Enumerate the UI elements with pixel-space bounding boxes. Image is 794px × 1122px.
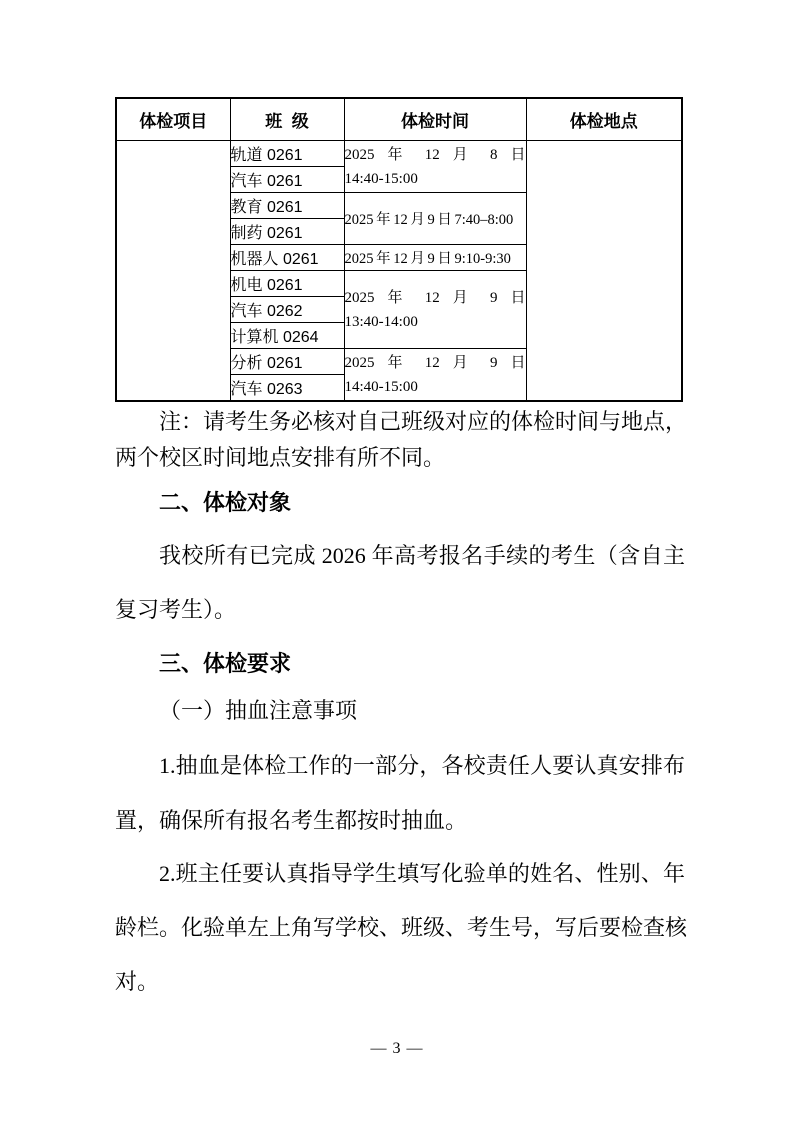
header-exam-place: 体检地点 <box>526 98 682 141</box>
paragraph-2-line-1: 我校所有已完成 2026 年高考报名手续的考生（含自主 <box>115 541 685 571</box>
page-number: — 3 — <box>0 1040 794 1058</box>
paragraph-2-line-2: 复习考生）。 <box>115 595 685 625</box>
item-2-line-2: 龄栏。化验单左上角写学校、班级、考生号，写后要检查核 <box>115 913 685 943</box>
class-cell: 教育 0261 <box>230 193 344 219</box>
item-2-line-1: 2.班主任要认真指导学生填写化验单的姓名、性别、年 <box>115 859 685 889</box>
note-line-2: 两个校区时间地点安排有所不同。 <box>115 443 685 473</box>
header-class: 班 级 <box>230 98 344 141</box>
time-date: 2025 年 12 月 9 日 <box>345 286 526 310</box>
time-cell-group2: 2025 年 12 月 9 日 7:40–8:00 <box>344 193 526 245</box>
item-1-line-1: 1.抽血是体检工作的一部分，各校责任人要认真安排布 <box>115 751 685 781</box>
header-exam-time: 体检时间 <box>344 98 526 141</box>
class-cell: 轨道 0261 <box>230 141 344 167</box>
item-2-line-3: 对。 <box>115 967 685 997</box>
note-line-1: 注：请考生务必核对自己班级对应的体检时间与地点， <box>115 407 685 437</box>
class-cell: 机电 0261 <box>230 271 344 297</box>
subsection-heading-1: （一）抽血注意事项 <box>115 696 685 726</box>
time-range: 14:40-15:00 <box>345 167 526 191</box>
time-date: 2025 年 12 月 9 日 <box>345 351 526 375</box>
time-range: 13:40-14:00 <box>345 310 526 334</box>
table-row: 轨道 0261 2025 年 12 月 8 日 14:40-15:00 <box>116 141 682 167</box>
exam-item-cell <box>116 141 230 402</box>
document-page: 体检项目 班 级 体检时间 体检地点 轨道 0261 2025 年 12 月 8… <box>0 0 794 1122</box>
time-date: 2025 年 12 月 8 日 <box>345 143 526 167</box>
item-1-line-2: 置，确保所有报名考生都按时抽血。 <box>115 806 685 836</box>
section-heading-3: 三、体检要求 <box>115 649 685 679</box>
time-cell-group1: 2025 年 12 月 8 日 14:40-15:00 <box>344 141 526 193</box>
class-cell: 分析 0261 <box>230 349 344 375</box>
time-cell-group5: 2025 年 12 月 9 日 14:40-15:00 <box>344 349 526 402</box>
exam-schedule-table: 体检项目 班 级 体检时间 体检地点 轨道 0261 2025 年 12 月 8… <box>115 97 683 402</box>
time-cell-group3: 2025 年 12 月 9 日 9:10-9:30 <box>344 245 526 271</box>
time-range: 14:40-15:00 <box>345 375 526 399</box>
section-heading-2: 二、体检对象 <box>115 488 685 518</box>
class-cell: 汽车 0261 <box>230 167 344 193</box>
table-header-row: 体检项目 班 级 体检时间 体检地点 <box>116 98 682 141</box>
exam-place-cell <box>526 141 682 402</box>
class-cell: 汽车 0263 <box>230 375 344 402</box>
class-cell: 汽车 0262 <box>230 297 344 323</box>
time-cell-group4: 2025 年 12 月 9 日 13:40-14:00 <box>344 271 526 349</box>
class-cell: 计算机 0264 <box>230 323 344 349</box>
header-exam-item: 体检项目 <box>116 98 230 141</box>
class-cell: 机器人 0261 <box>230 245 344 271</box>
class-cell: 制药 0261 <box>230 219 344 245</box>
